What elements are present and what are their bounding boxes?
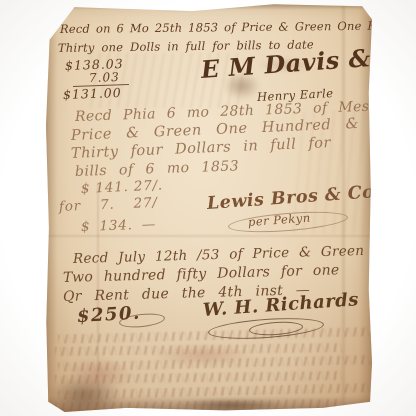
bleed-through-row <box>58 383 370 400</box>
bleed-through-row <box>58 355 370 372</box>
receipt2-amount-deduction: for 7. 27/ <box>59 195 158 215</box>
corner-fold-crease <box>54 0 91 18</box>
scanned-document: Recd on 6 Mo 25th 1853 of Price & Green … <box>0 0 416 416</box>
paper-stain <box>140 0 225 13</box>
ink-bleed-through-rows <box>55 331 367 415</box>
bleed-through-row <box>55 399 342 412</box>
receipt2-signature: Lewis Bros & Co <box>206 182 375 214</box>
bleed-through-row <box>55 371 342 384</box>
bleed-through-row <box>55 343 342 356</box>
paper-top-edge-shade <box>45 3 372 10</box>
receipt1-amount-net: $131.00 <box>63 85 122 102</box>
receipt1-amount-deduction: 7.03 <box>89 70 120 85</box>
paper-sheet: Recd on 6 Mo 25th 1853 of Price & Green … <box>45 3 372 412</box>
receipt2-amount-net: $ 134. — <box>81 216 157 235</box>
receipt1-body-line1: Recd on 6 Mo 25th 1853 of Price & Green … <box>60 18 416 36</box>
paper-crease <box>45 235 372 237</box>
